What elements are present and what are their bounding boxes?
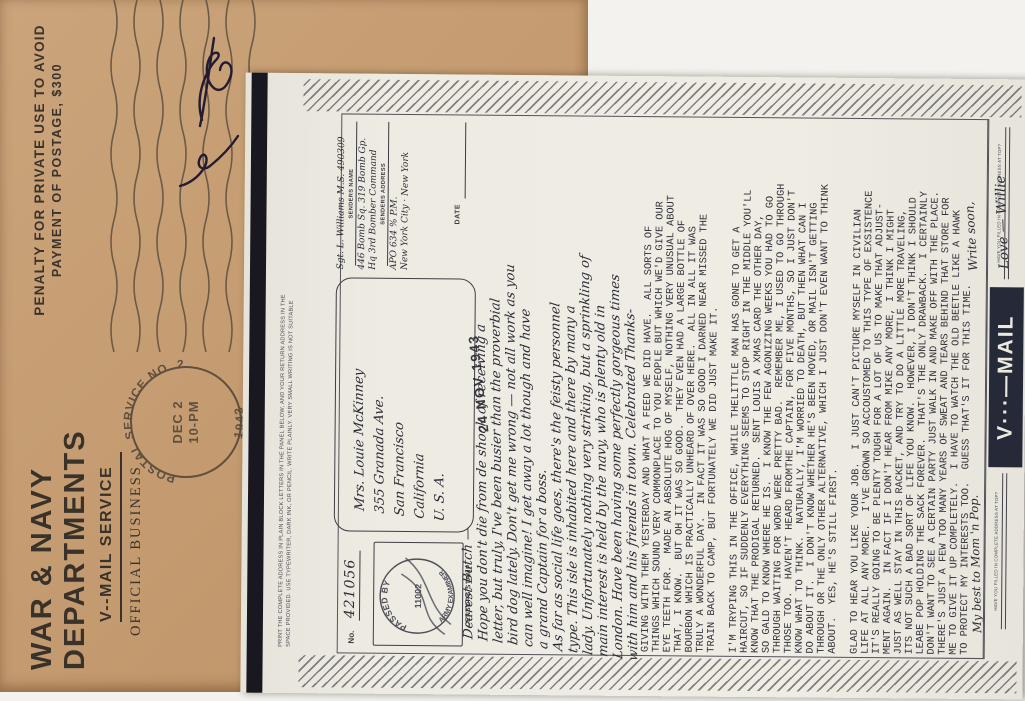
penalty-line2: PAYMENT OF POSTAGE, $300	[50, 5, 64, 335]
footer-right-label: HAVE YOU FILLED IN COMPLETE ADDRESS AT T…	[996, 127, 1002, 279]
serial-number-field: No. 421056	[341, 551, 361, 644]
address-panel: Mrs. Louie McKinney 355 Granada Ave. San…	[334, 277, 476, 532]
censor-stamp-box: PASSED BY ARMY EXAMINER 11002	[373, 542, 464, 647]
censor-arc-bottom: ARMY EXAMINER	[438, 568, 456, 624]
footer-field-left: HAVE YOU FILLED IN COMPLETE ADDRESS AT T…	[993, 473, 1007, 629]
no-label: No.	[347, 631, 356, 644]
hatch-band-left	[298, 655, 1016, 693]
film-edge-strip	[246, 73, 267, 693]
recipient-address-text: Mrs. Louie McKinney 355 Granada Ave. San…	[335, 271, 451, 539]
no-value: 421056	[342, 551, 361, 621]
censor-arc-top: PASSED BY	[379, 578, 409, 633]
sender-address-label: SENDERS ADDRESS	[380, 122, 389, 266]
letter-sheet-wrap: PRINT THE COMPLETE ADDRESS IN PLAIN BLOC…	[240, 73, 1025, 700]
footer-left-line1	[1001, 473, 1003, 629]
instructions-text: PRINT THE COMPLETE ADDRESS IN PLAIN BLOC…	[277, 107, 298, 647]
vmail-service-line: V--MAIL SERVICE	[98, 378, 116, 622]
official-business-line: OFFICIAL BUSINESS	[128, 378, 145, 636]
footer-right-line1	[1004, 127, 1006, 279]
service-underline	[120, 452, 122, 622]
footer-left-line2	[1004, 473, 1006, 629]
hatch-band-right	[303, 79, 1021, 117]
handwritten-opening: Dearest Butch — Hope you don't die from …	[457, 107, 641, 662]
scanned-vmail-letter: { "colors": { "envelope_kraft": "#c69d72…	[0, 0, 1025, 701]
vmail-logo: V···—MAIL	[988, 287, 1024, 467]
war-navy-line: WAR & NAVY	[26, 378, 59, 670]
footer-field-right: HAVE YOU FILLED IN COMPLETE ADDRESS AT T…	[996, 127, 1010, 279]
typed-body: GIVING WITH THEM YESTERDAY AND WHAT A FE…	[641, 118, 976, 655]
departments-line: DEPARTMENTS	[59, 378, 92, 670]
letter-sheet: PRINT THE COMPLETE ADDRESS IN PLAIN BLOC…	[240, 73, 1025, 700]
footer-left-label: HAVE YOU FILLED IN COMPLETE ADDRESS AT T…	[993, 473, 999, 629]
svg-text:PASSED BY: PASSED BY	[379, 578, 409, 633]
penalty-line1: PENALTY FOR PRIVATE USE TO AVOID	[32, 5, 47, 335]
svg-text:ARMY EXAMINER: ARMY EXAMINER	[438, 568, 456, 624]
sender-name-value: Sgt. L. Williams M.S. 490309	[336, 117, 348, 269]
sender-addr-line2: Hq 3rd Bomber Command	[368, 118, 380, 270]
sender-name-label: SENDERS NAME	[348, 122, 357, 266]
censor-stamp-seal: PASSED BY ARMY EXAMINER 11002	[375, 546, 460, 645]
sender-block: Sgt. L. Williams M.S. 490309 SENDERS NAM…	[336, 117, 412, 270]
sender-addr-line4: New York City · New York	[400, 118, 412, 270]
